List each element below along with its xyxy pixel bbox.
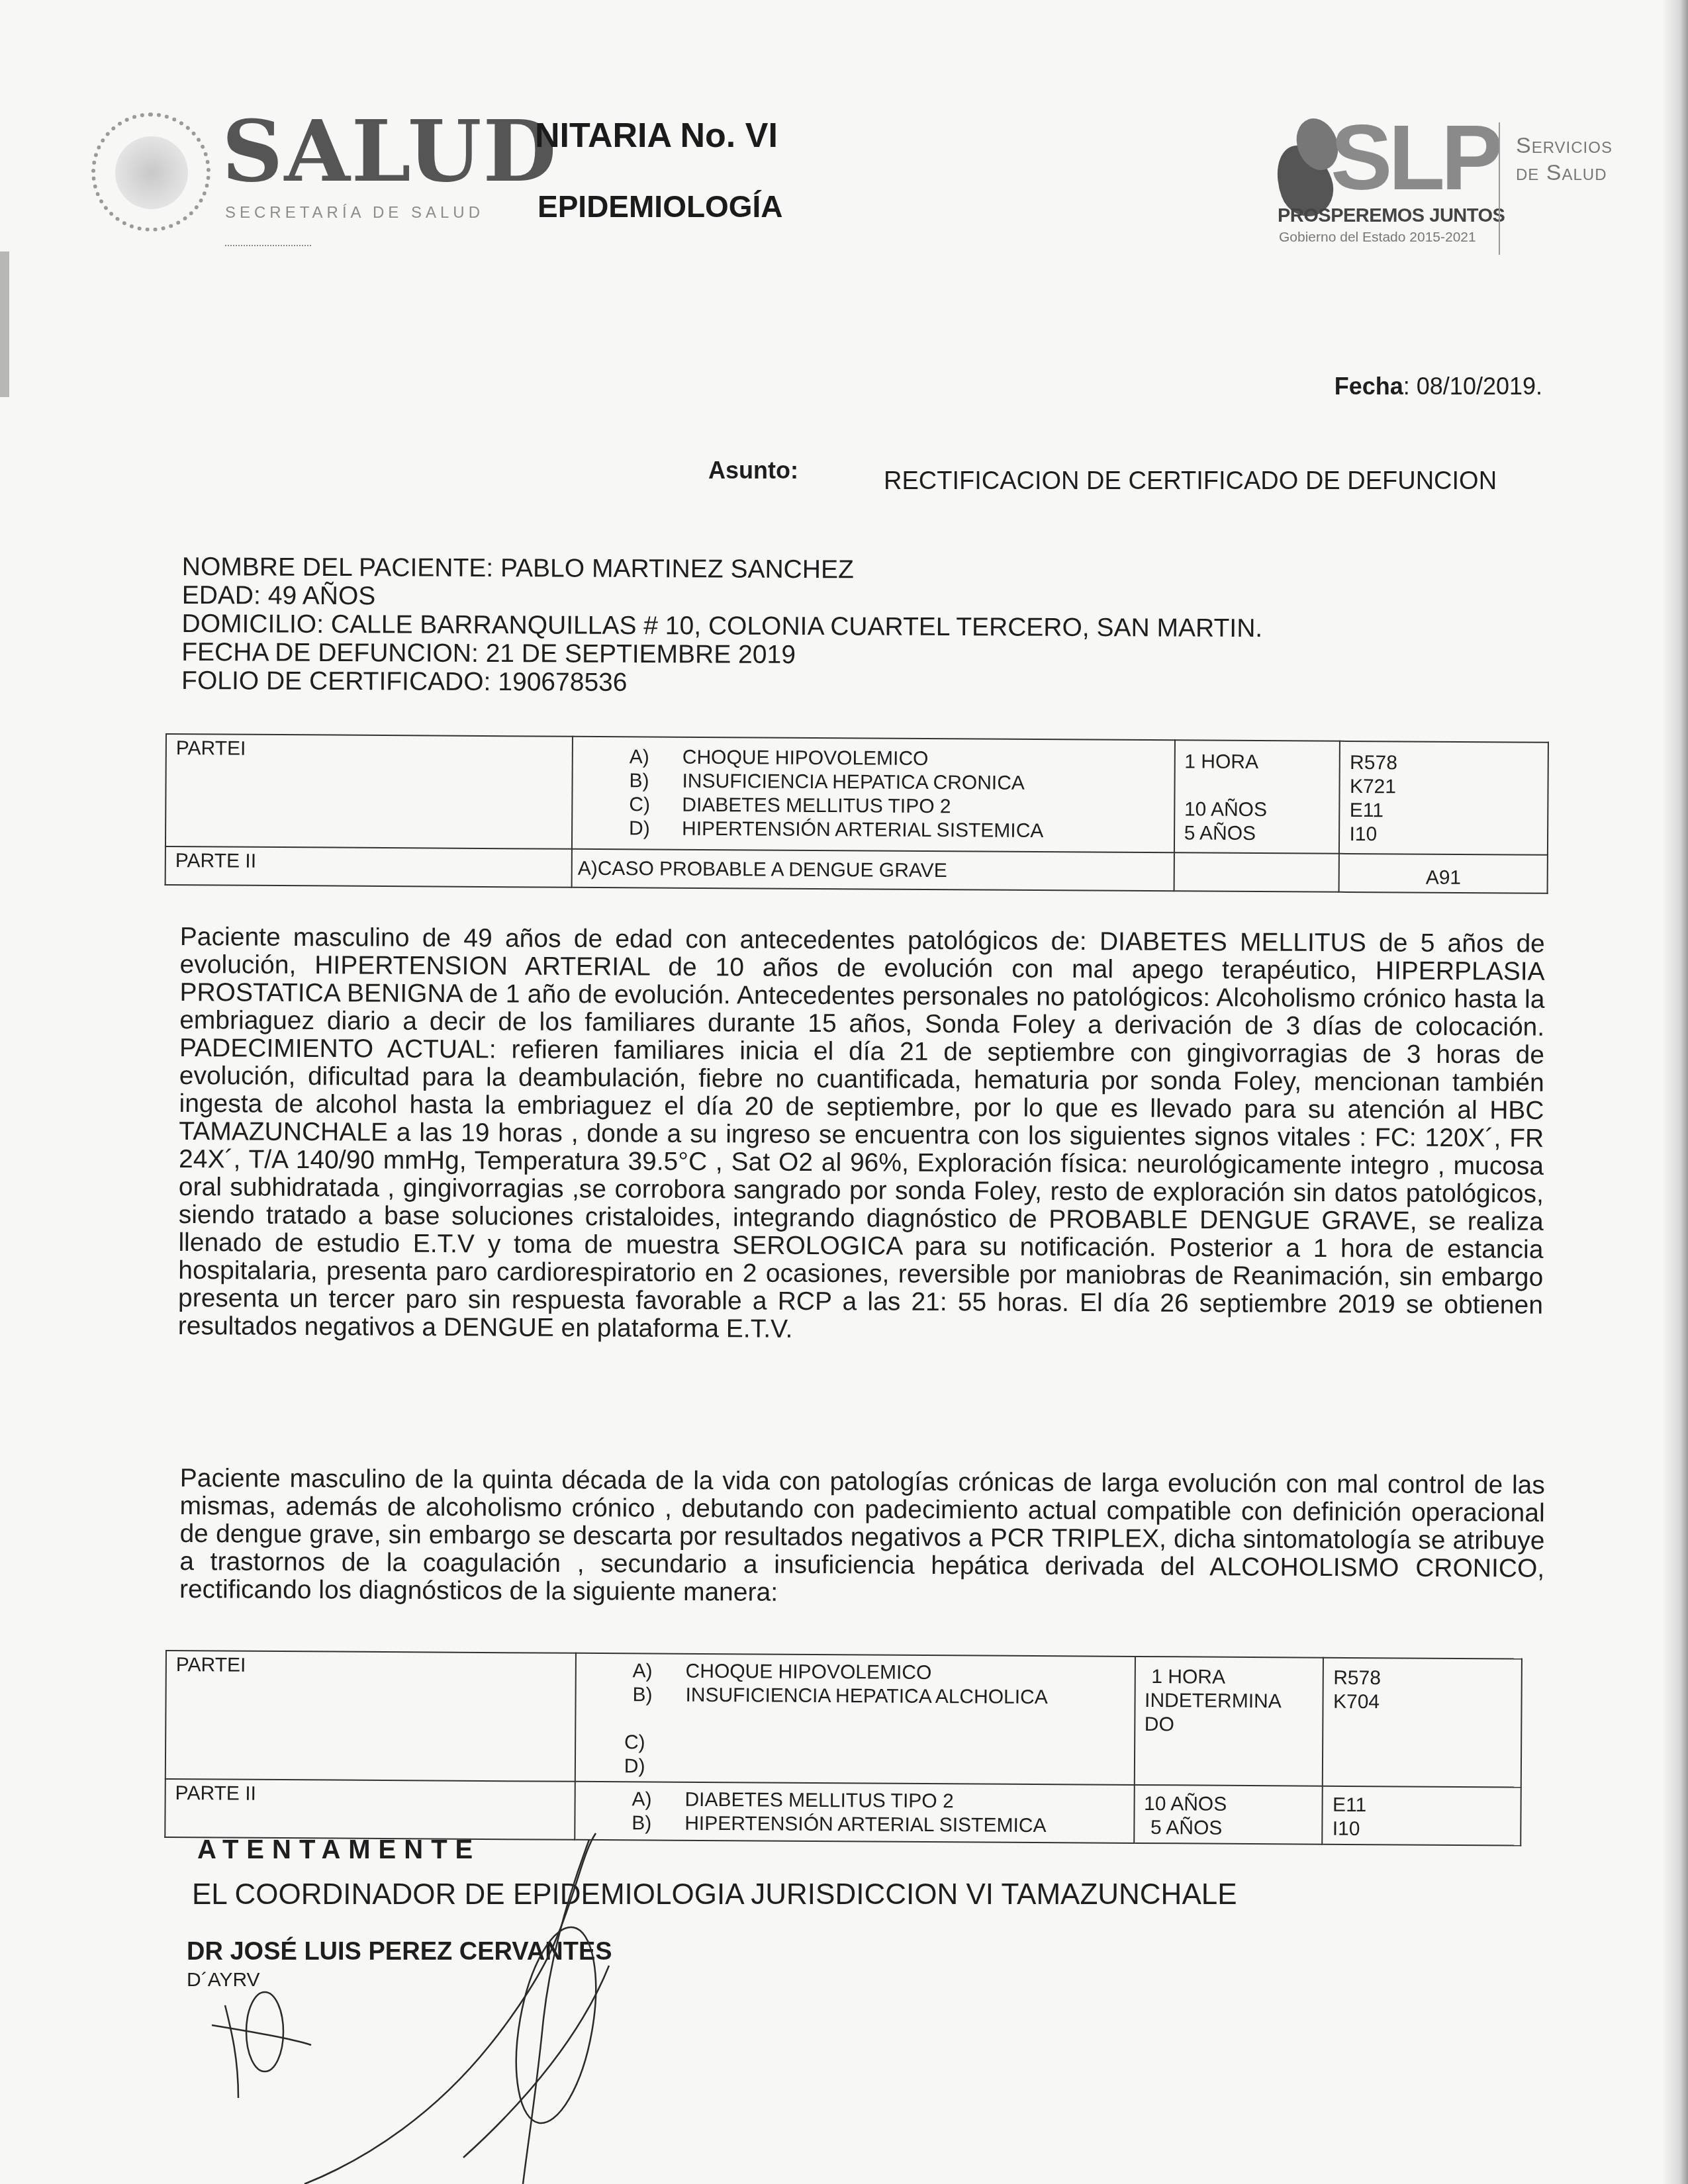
duration: 10 AÑOS	[1184, 797, 1330, 822]
certificate-folio: FOLIO DE CERTIFICADO: 190678536	[181, 666, 1262, 700]
diag-text: CHOQUE HIPOVOLEMICO	[686, 1660, 932, 1685]
servicios-line-2: de Salud	[1516, 159, 1613, 187]
part1-diagnoses: A)CHOQUE HIPOVOLEMICO B)INSUFICIENCIA HE…	[575, 1653, 1135, 1785]
diag-letter: B)	[629, 769, 682, 793]
date-value: : 08/10/2019.	[1403, 373, 1542, 400]
scan-page-edge	[1662, 0, 1688, 2184]
duration: 1 HORA	[1184, 750, 1330, 774]
slp-government: Gobierno del Estado 2015-2021	[1279, 230, 1476, 246]
duration: DO	[1145, 1713, 1313, 1738]
part1-label: PARTEI	[165, 734, 573, 849]
diag-letter: D)	[624, 1754, 677, 1778]
part2-diagnoses: A)DIABETES MELLITUS TIPO 2 B)HIPERTENSIÓ…	[575, 1782, 1134, 1843]
part2-codes: E11 I10	[1323, 1786, 1521, 1846]
slp-motto: PROSPEREMOS JUNTOS	[1278, 205, 1505, 227]
duration: 1 HORA	[1145, 1665, 1313, 1690]
diag-letter: B)	[632, 1683, 685, 1707]
icd-code: K721	[1350, 775, 1538, 800]
servicios-de-salud: Servicios de Salud	[1516, 132, 1613, 187]
diag-letter: C)	[624, 1731, 677, 1754]
part1-durations: 1 HORA 10 AÑOS 5 AÑOS	[1174, 740, 1340, 854]
handwritten-signature-icon	[185, 1813, 715, 2184]
diag-text: INSUFICIENCIA HEPATICA CRONICA	[682, 770, 1025, 796]
diag-text: DIABETES MELLITUS TIPO 2	[684, 1788, 953, 1813]
signer-position: EL COORDINADOR DE EPIDEMIOLOGIA JURISDIC…	[192, 1878, 1237, 1911]
signer-initials: D´AYRV	[187, 1969, 260, 1991]
part2-durations: 10 AÑOS 5 AÑOS	[1134, 1785, 1323, 1844]
icd-code: E11	[1350, 799, 1538, 824]
diag-text: INSUFICIENCIA HEPATICA ALCHOLICA	[685, 1684, 1048, 1709]
part1-durations: 1 HORA INDETERMINA DO	[1134, 1657, 1323, 1786]
patient-info: NOMBRE DEL PACIENTE: PABLO MARTINEZ SANC…	[181, 553, 1263, 700]
icd-code: K704	[1333, 1690, 1512, 1715]
unit-subtitle: EPIDEMIOLOGÍA	[538, 189, 783, 224]
table-row: PARTE II A)CASO PROBABLE A DENGUE GRAVE …	[165, 846, 1548, 893]
part2-code: A91	[1339, 854, 1548, 893]
duration: 10 AÑOS	[1144, 1792, 1313, 1817]
closing: ATENTAMENTE	[197, 1835, 481, 1865]
salud-logo-subtitle: SECRETARÍA DE SALUD	[225, 204, 484, 222]
original-diagnosis-table: PARTEI A)CHOQUE HIPOVOLEMICO B)INSUFICIE…	[165, 733, 1549, 894]
part2-label: PARTE II	[165, 1779, 575, 1840]
part2-label: PARTE II	[165, 846, 572, 887]
part1-codes: R578 K721 E11 I10	[1339, 741, 1548, 855]
servicios-line-1: Servicios	[1516, 132, 1613, 159]
icd-code: I10	[1349, 823, 1538, 848]
patient-age: EDAD: 49 AÑOS	[182, 581, 1263, 614]
icd-code: R578	[1333, 1666, 1512, 1692]
part1-label: PARTEI	[165, 1651, 576, 1782]
diag-letter: B)	[632, 1811, 684, 1835]
diag-text: CHOQUE HIPOVOLEMICO	[682, 746, 929, 771]
salud-logo-title: SALUD	[222, 109, 557, 194]
diag-letter: A)	[633, 1659, 686, 1683]
clinical-history-paragraph: Paciente masculino de 49 años de edad co…	[178, 923, 1545, 1347]
diag-text: HIPERTENSIÓN ARTERIAL SISTEMICA	[682, 817, 1043, 843]
coat-of-arms-icon	[91, 113, 211, 232]
rectified-diagnosis-table: PARTEI A)CHOQUE HIPOVOLEMICO B)INSUFICIE…	[164, 1650, 1523, 1846]
diag-letter: D)	[629, 817, 682, 841]
diag-letter: A)	[630, 745, 682, 769]
patient-name: NOMBRE DEL PACIENTE: PABLO MARTINEZ SANC…	[182, 553, 1263, 586]
conclusion-paragraph: Paciente masculino de la quinta década d…	[179, 1465, 1545, 1611]
diag-letter: C)	[629, 793, 682, 817]
diag-text: HIPERTENSIÓN ARTERIAL SISTEMICA	[684, 1812, 1046, 1838]
icd-code: E11	[1333, 1794, 1511, 1819]
patient-death-date: FECHA DE DEFUNCION: 21 DE SEPTIEMBRE 201…	[181, 638, 1262, 671]
part2-duration	[1174, 852, 1339, 892]
icd-code: R578	[1350, 751, 1538, 776]
diag-text: DIABETES MELLITUS TIPO 2	[682, 794, 951, 819]
subject-value: RECTIFICACION DE CERTIFICADO DE DEFUNCIO…	[884, 467, 1497, 496]
scan-left-edge	[0, 251, 9, 397]
unit-title: NITARIA No. VI	[535, 116, 778, 156]
duration: 5 AÑOS	[1184, 821, 1330, 846]
document-date: Fecha: 08/10/2019.	[1335, 373, 1542, 400]
slp-mark: SLP	[1331, 111, 1499, 204]
date-label: Fecha	[1335, 373, 1403, 400]
logo-divider	[1499, 122, 1500, 255]
duration: INDETERMINA	[1145, 1689, 1313, 1714]
icd-code: I10	[1333, 1817, 1511, 1843]
slp-logo: SLP	[1278, 118, 1476, 210]
header-divider	[225, 245, 311, 246]
subject-label: Asunto:	[708, 457, 798, 484]
signer-name: DR JOSÉ LUIS PEREZ CERVANTES	[187, 1938, 612, 1966]
part2-diagnosis: A)CASO PROBABLE A DENGUE GRAVE	[572, 849, 1174, 891]
table-row: PARTEI A)CHOQUE HIPOVOLEMICO B)INSUFICIE…	[165, 734, 1548, 855]
part1-diagnoses: A)CHOQUE HIPOVOLEMICO B)INSUFICIENCIA HE…	[572, 737, 1175, 853]
table-row: PARTEI A)CHOQUE HIPOVOLEMICO B)INSUFICIE…	[165, 1651, 1522, 1788]
duration: 5 AÑOS	[1144, 1816, 1313, 1841]
part1-codes: R578 K704	[1323, 1658, 1522, 1788]
diag-letter: A)	[632, 1788, 684, 1811]
patient-address: DOMICILIO: CALLE BARRANQUILLAS # 10, COL…	[181, 610, 1262, 643]
